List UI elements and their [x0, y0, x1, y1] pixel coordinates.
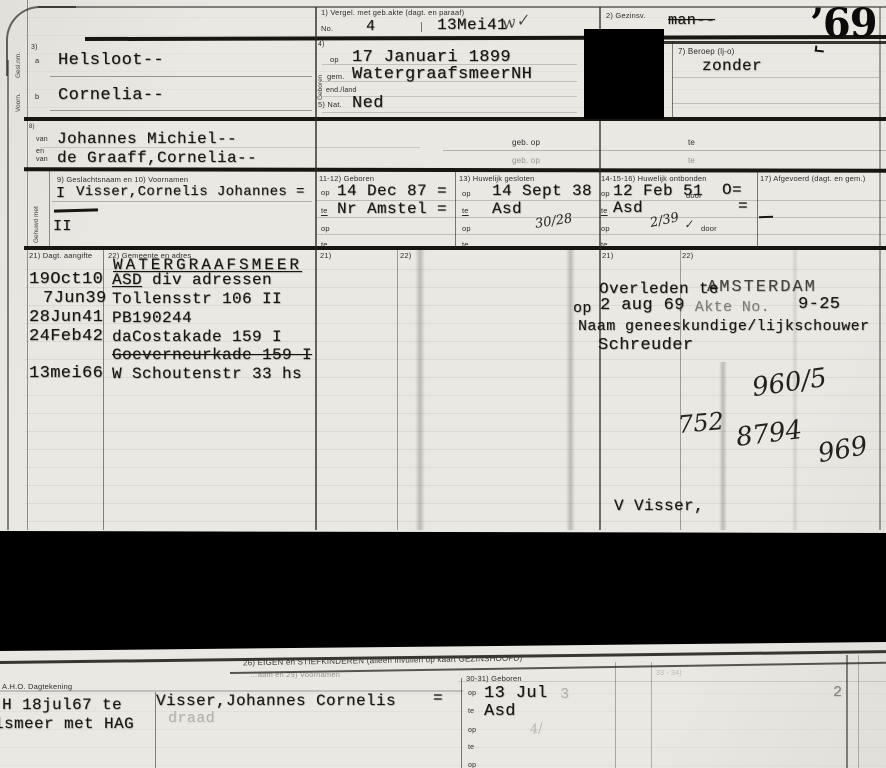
- column-rule: [757, 170, 758, 248]
- father-name-value: Johannes Michiel--: [57, 130, 237, 148]
- col-33-34-header: 33 - 34): [656, 670, 682, 677]
- spouse-birth-place-value: Nr Amstel =: [337, 200, 447, 218]
- op-label: op: [468, 727, 476, 734]
- check-arrow-mark: [815, 46, 825, 53]
- redaction-box: [584, 29, 664, 119]
- field7-label: 7) Beroep (lj-o): [678, 47, 735, 56]
- card-left-edge: [7, 60, 9, 530]
- registration-date: 7Jun39: [43, 289, 107, 308]
- marriage-place-value: Asd: [492, 200, 522, 218]
- roman-two: II: [53, 218, 72, 235]
- tick-mark: [421, 22, 422, 32]
- spouse-name-value: Visser,Cornelis Johannes =: [76, 184, 305, 200]
- comparison-date: 13Mei41: [437, 16, 507, 34]
- address-line: W Schoutenstr 33 hs: [112, 365, 302, 383]
- year-mark: ’69: [810, 0, 877, 47]
- column-rule: [455, 170, 456, 248]
- no-label: No.: [321, 24, 333, 33]
- column-rule: [49, 170, 50, 248]
- margin-rule: [27, 0, 28, 530]
- door-label: door: [701, 224, 717, 233]
- firstnames-value: Cornelia--: [58, 86, 164, 105]
- gem-label: gem.: [327, 72, 344, 81]
- akte-no-label: . Akte No.: [676, 299, 770, 316]
- op-label: op: [468, 690, 476, 697]
- address-date-header: 21) Dagt. aangifte: [29, 251, 92, 260]
- equals-mark: =: [738, 197, 748, 215]
- aho-entry-line1: H 18jul67 te: [2, 696, 122, 714]
- te-label: te: [321, 240, 328, 249]
- land-label: end./land: [326, 87, 357, 94]
- handwritten-check: ✓: [683, 217, 694, 231]
- child-born-header: 30-31) Geboren: [466, 674, 522, 683]
- field8-label: 8): [29, 124, 35, 130]
- sub-a-label: a: [35, 56, 39, 65]
- field5-label: 5) Nat.: [318, 100, 342, 109]
- column-rule: [672, 41, 673, 119]
- col21b-header: 21): [320, 251, 331, 260]
- te-label: te: [321, 206, 328, 215]
- column-rule: [651, 662, 652, 768]
- col21c-header: 21): [602, 251, 613, 260]
- signature-value: V Visser,: [614, 497, 704, 515]
- faint-digit: 2: [833, 684, 842, 701]
- handwritten-note: 2/39: [649, 210, 681, 231]
- form-line: [458, 681, 886, 682]
- registration-date: 13mei66: [29, 364, 103, 383]
- voornaam-vertical-label: Voorn.: [15, 93, 22, 112]
- rule-row2: [24, 117, 886, 121]
- op-label: op: [462, 189, 471, 198]
- col22b-header: 22): [400, 251, 411, 260]
- column-rule: [846, 655, 848, 768]
- op-label: op: [330, 55, 339, 64]
- op-label: op: [321, 224, 330, 233]
- birth-place-value: WatergraafsmeerNH: [352, 65, 532, 84]
- card-right-edge: [879, 7, 881, 530]
- mother-name-value: de Graaff,Cornelia--: [57, 149, 257, 167]
- te-label: te: [462, 206, 469, 215]
- geslachtsnaam-vertical-label: Gesl.nm.: [15, 52, 22, 78]
- field2-label: 2) Gezinsv.: [606, 11, 646, 20]
- form-line: [672, 103, 879, 104]
- op-label: op: [462, 224, 471, 233]
- examiner-label: Naam geneeskundige/lijkschouwer: [578, 318, 869, 335]
- col22c-header: 22): [682, 251, 693, 260]
- te-label: te: [601, 206, 608, 215]
- address-line-struck: Goeverneurkade 159 I: [112, 346, 312, 364]
- op-label: op: [468, 762, 476, 768]
- aho-entry-line2: lsmeer met HAG: [0, 715, 134, 733]
- name-columns-header: 9) Geslachtsnaam en 10) Voornamen: [57, 175, 188, 184]
- form-line: [443, 150, 886, 151]
- child-name-value: Visser,Johannes Cornelis: [156, 692, 396, 710]
- te-label: te: [462, 240, 469, 249]
- form-line: [672, 77, 879, 78]
- en-label: en: [36, 148, 44, 155]
- handwritten-dash: [54, 208, 98, 212]
- address-line: Tollensstr 106 II: [112, 290, 282, 308]
- children-section-header: 26) EIGEN en STIEFKINDEREN (alleen invul…: [243, 654, 522, 668]
- address-line: ASD div adressen: [112, 271, 272, 289]
- form-line: [50, 110, 312, 111]
- handwritten-note: 30/28: [534, 211, 573, 232]
- divorce-place-value: Asd: [613, 199, 643, 217]
- faint-mark: 3: [560, 686, 569, 703]
- marriage-date-value: 14 Sept 38: [492, 182, 592, 200]
- van-label: van: [36, 136, 48, 143]
- child-name-header: …aam en 29) Voornamen: [250, 670, 340, 679]
- handwritten-number: 752: [677, 407, 725, 439]
- op-label: op: [601, 189, 610, 198]
- form-line: [50, 76, 312, 77]
- column-rule: [615, 662, 616, 768]
- te-label: te: [468, 744, 474, 751]
- faint-handwritten-note: 4/: [529, 721, 544, 738]
- aho-label: A.H.O. Dagtekening: [2, 682, 72, 691]
- op-label: op: [601, 224, 610, 233]
- scanned-registration-card: 1) Vergel. met geb.akte (dagt. en paraaf…: [0, 0, 886, 768]
- equals-mark: =: [433, 689, 443, 707]
- address-line: PB190244: [112, 309, 192, 327]
- form-line: [52, 201, 312, 202]
- field3-label: 3): [31, 44, 38, 51]
- geb-op-label: geb. op: [512, 138, 540, 147]
- op-label: op: [321, 188, 330, 197]
- crease-mark: [566, 250, 575, 530]
- geb-op-label: geb. op: [512, 156, 540, 165]
- sub-b-label: b: [35, 92, 39, 101]
- form-line: [316, 234, 886, 235]
- te-label: te: [688, 138, 695, 147]
- column-rule: [397, 250, 398, 530]
- no-value: 4: [366, 18, 375, 35]
- address-line-underlined: ASD: [112, 271, 142, 289]
- address-line-rest: div adressen: [142, 271, 272, 289]
- te-label: te: [688, 156, 695, 165]
- examiner-name-value: Schreuder: [598, 336, 693, 355]
- registration-date: 24Feb42: [29, 327, 103, 346]
- address-line: daCostakade 159 I: [112, 328, 282, 346]
- faint-offset-text: draad: [168, 710, 215, 727]
- removed-header: 17) Afgevoerd (dagt. en gem.): [760, 174, 865, 183]
- death-date-value: 2 aug 69: [600, 296, 685, 315]
- occupation-value: zonder: [702, 57, 762, 75]
- roman-one: I: [56, 185, 65, 202]
- door-label: door: [686, 191, 702, 200]
- registration-date: 19Oct10: [29, 270, 103, 289]
- nationality-value: Ned: [352, 94, 384, 113]
- child-birth-date-value: 13 Jul: [484, 684, 548, 703]
- surname-value: Helsloot--: [58, 51, 164, 70]
- gehuwd-met-vertical-label: Gehuwd met: [33, 206, 40, 243]
- spouse-birth-date-value: 14 Dec 87 =: [337, 182, 447, 200]
- van-label: van: [36, 156, 48, 163]
- field4-label: 4): [318, 41, 325, 48]
- registration-date: 28Jun41: [29, 308, 103, 327]
- redaction-bar: [0, 526, 886, 656]
- te-label: te: [601, 240, 608, 249]
- akte-no-value: 9-25: [798, 295, 840, 314]
- column-rule: [858, 655, 859, 768]
- gezinsverhouding-value: man--: [668, 12, 715, 29]
- crease-mark: [719, 362, 727, 530]
- geboren-vertical-label: Geboren: [317, 75, 324, 100]
- child-birth-place-value: Asd: [484, 702, 516, 721]
- op-label: op: [573, 300, 592, 317]
- crease-mark: [415, 250, 425, 530]
- te-label: te: [468, 708, 474, 715]
